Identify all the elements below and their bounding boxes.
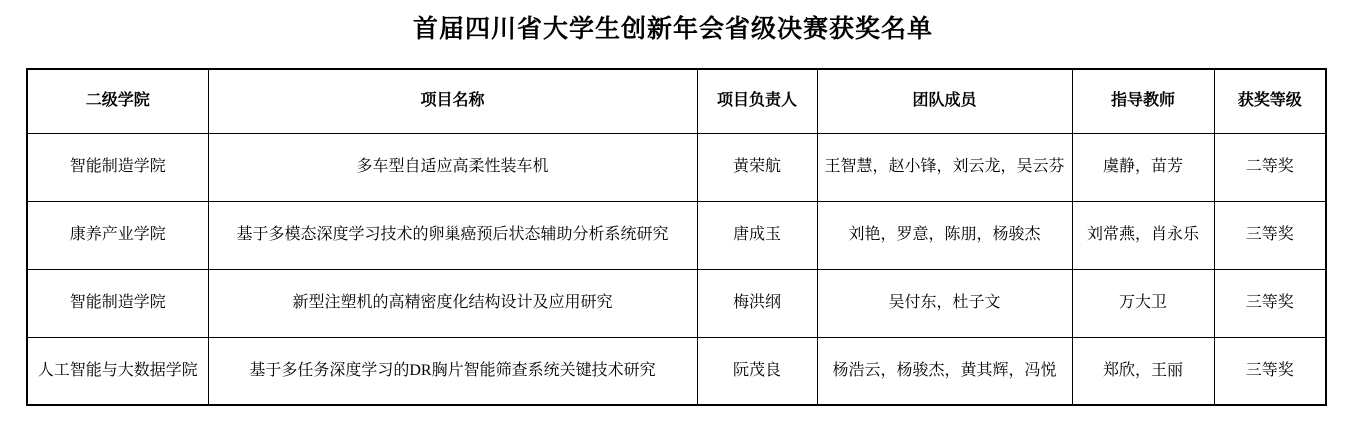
table-cell: 虞静，苗芳 (1072, 133, 1214, 201)
column-header-advisors: 指导教师 (1072, 69, 1214, 133)
table-cell: 万大卫 (1072, 269, 1214, 337)
table-row: 人工智能与大数据学院基于多任务深度学习的DR胸片智能筛查系统关键技术研究阮茂良杨… (27, 337, 1326, 405)
table-cell: 阮茂良 (697, 337, 817, 405)
column-header-project: 项目名称 (208, 69, 697, 133)
table-cell: 王智慧，赵小锋，刘云龙，吴云芬 (817, 133, 1072, 201)
table-row: 智能制造学院多车型自适应高柔性装车机黄荣航王智慧，赵小锋，刘云龙，吴云芬虞静，苗… (27, 133, 1326, 201)
table-cell: 唐成玉 (697, 201, 817, 269)
table-cell: 梅洪纲 (697, 269, 817, 337)
table-cell: 杨浩云，杨骏杰，黄其辉，冯悦 (817, 337, 1072, 405)
table-cell: 人工智能与大数据学院 (27, 337, 208, 405)
table-row: 康养产业学院基于多模态深度学习技术的卵巢癌预后状态辅助分析系统研究唐成玉刘艳，罗… (27, 201, 1326, 269)
table-cell: 黄荣航 (697, 133, 817, 201)
column-header-award-level: 获奖等级 (1214, 69, 1326, 133)
table-cell: 智能制造学院 (27, 269, 208, 337)
table-cell: 三等奖 (1214, 337, 1326, 405)
table-cell: 新型注塑机的高精密度化结构设计及应用研究 (208, 269, 697, 337)
table-cell: 吴付东，杜子文 (817, 269, 1072, 337)
table-row: 智能制造学院新型注塑机的高精密度化结构设计及应用研究梅洪纲吴付东，杜子文万大卫三… (27, 269, 1326, 337)
table-cell: 刘常燕，肖永乐 (1072, 201, 1214, 269)
table-cell: 基于多模态深度学习技术的卵巢癌预后状态辅助分析系统研究 (208, 201, 697, 269)
column-header-college: 二级学院 (27, 69, 208, 133)
table-cell: 三等奖 (1214, 269, 1326, 337)
column-header-members: 团队成员 (817, 69, 1072, 133)
table-cell: 康养产业学院 (27, 201, 208, 269)
awards-table: 二级学院 项目名称 项目负责人 团队成员 指导教师 获奖等级 智能制造学院多车型… (26, 68, 1327, 406)
table-cell: 刘艳，罗意，陈朋，杨骏杰 (817, 201, 1072, 269)
table-cell: 多车型自适应高柔性装车机 (208, 133, 697, 201)
page-title: 首届四川省大学生创新年会省级决赛获奖名单 (0, 14, 1346, 46)
table-body: 智能制造学院多车型自适应高柔性装车机黄荣航王智慧，赵小锋，刘云龙，吴云芬虞静，苗… (27, 133, 1326, 405)
table-cell: 智能制造学院 (27, 133, 208, 201)
table-cell: 基于多任务深度学习的DR胸片智能筛查系统关键技术研究 (208, 337, 697, 405)
table-cell: 三等奖 (1214, 201, 1326, 269)
table-header-row: 二级学院 项目名称 项目负责人 团队成员 指导教师 获奖等级 (27, 69, 1326, 133)
table-cell: 郑欣，王丽 (1072, 337, 1214, 405)
column-header-leader: 项目负责人 (697, 69, 817, 133)
table-cell: 二等奖 (1214, 133, 1326, 201)
